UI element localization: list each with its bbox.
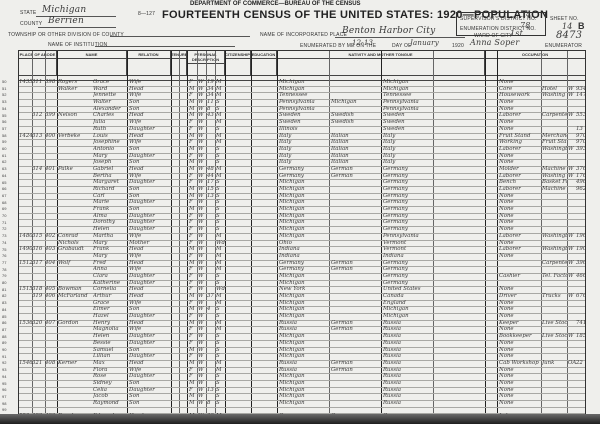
cell-sex: F bbox=[189, 333, 197, 339]
cell-sex: F bbox=[189, 286, 197, 292]
cell-occupation: Laborer bbox=[499, 186, 541, 192]
cell-relation: Son bbox=[129, 393, 171, 399]
cell-marital: S bbox=[216, 340, 225, 346]
month-value: January bbox=[410, 39, 439, 47]
cell-race: W bbox=[198, 86, 206, 92]
cell-marital: S bbox=[216, 280, 225, 286]
cell-race: W bbox=[198, 240, 206, 246]
cell-birthplace: Germany bbox=[279, 173, 329, 179]
cell-code: 396 bbox=[576, 260, 585, 266]
cell-given: Helen bbox=[93, 333, 127, 339]
cell-father-bp: Swedish bbox=[331, 119, 379, 125]
cell-race: W bbox=[198, 246, 206, 252]
cell-sex: F bbox=[189, 179, 197, 185]
cell-mother-bp: Germany bbox=[383, 273, 433, 279]
cell-marital: S bbox=[216, 193, 225, 199]
line-number: 86 bbox=[2, 320, 6, 325]
cell-birthplace: Michigan bbox=[279, 340, 329, 346]
cell-relation: Wife bbox=[129, 326, 171, 332]
cell-age: 4 bbox=[207, 306, 215, 312]
cell-race: W bbox=[198, 119, 206, 125]
cell-marital: S bbox=[216, 393, 225, 399]
cell-sex: M bbox=[189, 360, 197, 366]
cell-sex: F bbox=[189, 273, 197, 279]
line-number: 92 bbox=[2, 360, 6, 365]
cell-given: Frank bbox=[93, 246, 127, 252]
cell-given: Margaret bbox=[93, 179, 127, 185]
cell-race: W bbox=[198, 340, 206, 346]
cell-mother-bp: Sweden bbox=[383, 119, 433, 125]
cell-sex: M bbox=[189, 99, 197, 105]
cell-race: W bbox=[198, 393, 206, 399]
cell-birthplace: Russia bbox=[279, 326, 329, 332]
cell-occupation: Laborer bbox=[499, 173, 541, 179]
cell-marital: M bbox=[216, 92, 225, 98]
cell-surname: Verbeke bbox=[58, 133, 92, 139]
cell-mother-bp: Italy bbox=[383, 146, 433, 152]
cell-age: 44 bbox=[207, 173, 215, 179]
cell-birthplace: Pennsylvania bbox=[279, 99, 329, 105]
cell-relation: Son bbox=[129, 106, 171, 112]
cell-occupation: None bbox=[499, 206, 541, 212]
line-number: 54 bbox=[2, 106, 6, 111]
cell-race: W bbox=[198, 373, 206, 379]
cell-industry: Washing bbox=[542, 173, 567, 179]
cell-mother-bp: Italy bbox=[383, 139, 433, 145]
cell-birthplace: Michigan bbox=[279, 193, 329, 199]
cell-given: Charles bbox=[93, 112, 127, 118]
cell-race: W bbox=[198, 387, 206, 393]
cell-sex: M bbox=[189, 293, 197, 299]
cell-birthplace: Michigan bbox=[279, 353, 329, 359]
cell-father-bp: German bbox=[331, 360, 379, 366]
cell-marital: S bbox=[216, 199, 225, 205]
cell-relation: Head bbox=[129, 166, 171, 172]
cell-mother-bp: United States bbox=[383, 286, 433, 292]
cell-sex: M bbox=[189, 393, 197, 399]
cell-birthplace: Michigan bbox=[279, 400, 329, 406]
cell-given: Joseph bbox=[93, 159, 127, 165]
cell-mother-bp: Germany bbox=[383, 179, 433, 185]
cell-occupation: None bbox=[499, 99, 541, 105]
cell-relation: Daughter bbox=[129, 353, 171, 359]
cell-birthplace: Russia bbox=[279, 320, 329, 326]
cell-given: Dorothy bbox=[93, 219, 127, 225]
cell-marital: S bbox=[216, 106, 225, 112]
cell-occupation: Fruit Stand bbox=[499, 133, 541, 139]
cell-birthplace: Michigan bbox=[279, 213, 329, 219]
cell-code: 553 bbox=[576, 112, 585, 118]
cell-sex: F bbox=[189, 219, 197, 225]
cell-father-bp: German bbox=[331, 326, 379, 332]
cell-relation: Wife bbox=[129, 139, 171, 145]
cell-mother-bp: Michigan bbox=[383, 306, 433, 312]
cell-mother-bp: Pennsylvania bbox=[383, 106, 433, 112]
cell-code: 13 bbox=[576, 126, 585, 132]
cell-relation: Daughter bbox=[129, 213, 171, 219]
cell-code: 393 bbox=[576, 146, 585, 152]
cell-given: Raymond bbox=[93, 400, 127, 406]
cell-marital: M bbox=[216, 266, 225, 272]
cell-marital: M bbox=[216, 246, 225, 252]
line-number: 61 bbox=[2, 153, 6, 158]
cell-mother-bp: Italy bbox=[383, 153, 433, 159]
cell-marital: S bbox=[216, 387, 225, 393]
cell-mother-bp: Germany bbox=[383, 186, 433, 192]
cell-given: Sidney bbox=[93, 380, 127, 386]
cell-given: Hazel bbox=[93, 313, 127, 319]
cell-birthplace: Michigan bbox=[279, 273, 329, 279]
line-number: 83 bbox=[2, 300, 6, 305]
cell-surname: McFarland bbox=[58, 293, 92, 299]
cell-class: W bbox=[568, 166, 576, 172]
cell-race: W bbox=[198, 213, 206, 219]
line-number: 81 bbox=[2, 287, 6, 292]
cell-surname: Gordon bbox=[58, 320, 92, 326]
cell-race: W bbox=[198, 139, 206, 145]
cell-relation: Daughter bbox=[129, 226, 171, 232]
cell-family: 399 bbox=[45, 112, 57, 118]
line-number: 85 bbox=[2, 314, 6, 319]
cell-race: W bbox=[198, 300, 206, 306]
cell-relation: Wife bbox=[129, 233, 171, 239]
cell-marital: S bbox=[216, 353, 225, 359]
cell-birthplace: Tennessee bbox=[279, 92, 329, 98]
cell-given: Alexander bbox=[93, 106, 127, 112]
stamp-number: 8473 bbox=[556, 30, 582, 41]
cell-relation: Head bbox=[129, 320, 171, 326]
table-row: RaymondSonMW8SMichiganRussiaNone bbox=[19, 401, 585, 408]
cell-relation: Son bbox=[129, 306, 171, 312]
cell-age: 8 bbox=[207, 400, 215, 406]
cell-marital: M bbox=[216, 293, 225, 299]
cell-house: 1490 bbox=[19, 246, 32, 252]
cell-occupation: None bbox=[499, 313, 541, 319]
cell-relation: Wife bbox=[129, 266, 171, 272]
cell-marital: S bbox=[216, 306, 225, 312]
cell-sex: M bbox=[189, 112, 197, 118]
cell-sex: F bbox=[189, 79, 197, 85]
cell-birthplace: Italy bbox=[279, 139, 329, 145]
cell-surname: Kerner bbox=[58, 360, 92, 366]
cell-birthplace: Sweden bbox=[279, 112, 329, 118]
cell-given: Magnolia bbox=[93, 326, 127, 332]
cell-marital: M bbox=[216, 139, 225, 145]
cell-code: 176 bbox=[576, 173, 585, 179]
cell-occupation: Laborer bbox=[499, 112, 541, 118]
cell-race: W bbox=[198, 280, 206, 286]
cell-birthplace: Michigan bbox=[279, 313, 329, 319]
cell-code: 970 bbox=[576, 133, 585, 139]
institution-underline bbox=[95, 46, 235, 47]
cell-birthplace: Michigan bbox=[279, 373, 329, 379]
cell-marital: S bbox=[216, 313, 225, 319]
line-number: 62 bbox=[2, 159, 6, 164]
cell-age: 13 bbox=[207, 387, 215, 393]
cell-code: 962 bbox=[576, 186, 585, 192]
cell-occupation: None bbox=[499, 226, 541, 232]
cell-occupation: Keeper bbox=[499, 320, 541, 326]
cell-marital: S bbox=[216, 226, 225, 232]
cell-house: 1424 bbox=[19, 133, 32, 139]
cell-class: OA bbox=[568, 360, 576, 366]
census-sheet: STATE Michigan COUNTY Berrien 8—127 DEPA… bbox=[0, 0, 600, 418]
cell-industry: Washing bbox=[542, 92, 567, 98]
cell-sex: F bbox=[189, 313, 197, 319]
cell-relation: Wife bbox=[129, 367, 171, 373]
cell-father-bp: German bbox=[331, 266, 379, 272]
cell-marital: M bbox=[216, 367, 225, 373]
cell-code: 147 bbox=[576, 92, 585, 98]
cell-age: 8 bbox=[207, 106, 215, 112]
line-number: 79 bbox=[2, 273, 6, 278]
cell-birthplace: Italy bbox=[279, 153, 329, 159]
cell-class: W bbox=[568, 86, 576, 92]
line-number: 95 bbox=[2, 381, 6, 386]
cell-birthplace: Michigan bbox=[279, 293, 329, 299]
cell-code: 185 bbox=[576, 333, 585, 339]
cell-relation: Wife bbox=[129, 173, 171, 179]
cell-given: Louis bbox=[93, 133, 127, 139]
cell-surname: Palke bbox=[58, 166, 92, 172]
cell-race: W bbox=[198, 367, 206, 373]
cell-marital: S bbox=[216, 333, 225, 339]
cell-industry: Washington bbox=[542, 146, 567, 152]
cell-given: Mary bbox=[93, 153, 127, 159]
cell-surname: Walker bbox=[58, 86, 92, 92]
cell-mother-bp: Italy bbox=[383, 159, 433, 165]
state-value: Michigan bbox=[42, 5, 86, 15]
state-label: STATE bbox=[20, 10, 36, 16]
line-number: 56 bbox=[2, 119, 6, 124]
cell-sex: M bbox=[189, 106, 197, 112]
cell-dwelling: 315 bbox=[32, 233, 45, 239]
cell-given: Richard bbox=[93, 186, 127, 192]
cell-mother-bp: Sweden bbox=[383, 112, 433, 118]
cell-mother-bp: Russia bbox=[383, 333, 433, 339]
line-number: 93 bbox=[2, 367, 6, 372]
cell-given: Jacob bbox=[93, 393, 127, 399]
cell-industry: Carpenter bbox=[542, 260, 567, 266]
cell-relation: Wife bbox=[129, 92, 171, 98]
cell-relation: Daughter bbox=[129, 387, 171, 393]
cell-sex: M bbox=[189, 320, 197, 326]
cell-sex: M bbox=[189, 400, 197, 406]
cell-house: 1515 bbox=[19, 286, 32, 292]
cell-industry: Live Stock bbox=[542, 320, 567, 326]
cell-race: W bbox=[198, 400, 206, 406]
cell-mother-bp: Pennsylvania bbox=[383, 233, 433, 239]
cell-father-bp: Michigan bbox=[331, 99, 379, 105]
cell-race: W bbox=[198, 360, 206, 366]
cell-mother-bp: Michigan bbox=[383, 86, 433, 92]
cell-given: Antonio bbox=[93, 146, 127, 152]
cell-industry: Tel. Factory bbox=[542, 273, 567, 279]
cell-sex: F bbox=[189, 139, 197, 145]
line-number: 67 bbox=[2, 193, 6, 198]
cell-code: 22 bbox=[576, 360, 585, 366]
cell-relation: Son bbox=[129, 380, 171, 386]
census-table: PLACE OF ABODE NAME RELATION TENURE PERS… bbox=[18, 50, 586, 416]
cell-occupation: None bbox=[499, 393, 541, 399]
cell-age: 34 bbox=[207, 86, 215, 92]
cell-marital: S bbox=[216, 126, 225, 132]
cell-occupation: Core bbox=[499, 86, 541, 92]
line-number: 55 bbox=[2, 113, 6, 118]
cell-age: 19 bbox=[207, 79, 215, 85]
line-number: 91 bbox=[2, 354, 6, 359]
cell-given: Rose bbox=[93, 373, 127, 379]
cell-father-bp: German bbox=[331, 260, 379, 266]
col-header-education: EDUCATION bbox=[251, 51, 277, 75]
enumerator-label: ENUMERATOR bbox=[545, 43, 582, 49]
incorporated-underline bbox=[335, 37, 465, 38]
cell-father-bp: German bbox=[331, 166, 379, 172]
cell-sex: F bbox=[189, 253, 197, 259]
cell-family: 404 bbox=[45, 260, 57, 266]
cell-dwelling: 314 bbox=[32, 166, 45, 172]
cell-given: Frank bbox=[93, 206, 127, 212]
cell-age: 34 bbox=[207, 92, 215, 98]
cell-father-bp: Italian bbox=[331, 139, 379, 145]
cell-race: W bbox=[198, 260, 206, 266]
cell-given: Martha bbox=[93, 233, 127, 239]
cell-race: W bbox=[198, 333, 206, 339]
cell-mother-bp: Russia bbox=[383, 347, 433, 353]
cell-occupation: Housework bbox=[499, 92, 541, 98]
cell-race: W bbox=[198, 179, 206, 185]
line-number: 78 bbox=[2, 267, 6, 272]
cell-birthplace: Michigan bbox=[279, 233, 329, 239]
cell-birthplace: Indiana bbox=[279, 253, 329, 259]
cell-dwelling: 321 bbox=[32, 360, 45, 366]
cell-relation: Head bbox=[129, 286, 171, 292]
cell-occupation: None bbox=[499, 219, 541, 225]
cell-industry: Basket Factory bbox=[542, 179, 567, 185]
cell-family: 400 bbox=[45, 133, 57, 139]
cell-relation: Wife bbox=[129, 253, 171, 259]
cell-birthplace: Michigan bbox=[279, 79, 329, 85]
cell-marital: S bbox=[216, 373, 225, 379]
cell-given: Helen bbox=[93, 226, 127, 232]
cell-dwelling: 313 bbox=[32, 133, 45, 139]
cell-birthplace: Michigan bbox=[279, 186, 329, 192]
cell-birthplace: New York bbox=[279, 286, 329, 292]
cell-occupation: None bbox=[499, 373, 541, 379]
cell-birthplace: Michigan bbox=[279, 86, 329, 92]
cell-code: 190 bbox=[576, 246, 585, 252]
cell-birthplace: Michigan bbox=[279, 280, 329, 286]
cell-given: Grace bbox=[93, 79, 127, 85]
cell-given: Fred bbox=[93, 260, 127, 266]
cell-race: W bbox=[198, 380, 206, 386]
cell-industry: Merchandise bbox=[542, 133, 567, 139]
cell-class: W bbox=[568, 273, 576, 279]
line-number: 52 bbox=[2, 92, 6, 97]
cell-occupation: None bbox=[499, 193, 541, 199]
cell-race: W bbox=[198, 353, 206, 359]
cell-birthplace: Pennsylvania bbox=[279, 106, 329, 112]
cell-age: 11 bbox=[207, 99, 215, 105]
cell-class: W bbox=[568, 246, 576, 252]
cell-occupation: None bbox=[499, 106, 541, 112]
cell-occupation: Laborer bbox=[499, 246, 541, 252]
cell-given: Alma bbox=[93, 213, 127, 219]
cell-marital: M bbox=[216, 166, 225, 172]
line-number: 59 bbox=[2, 139, 6, 144]
county-underline bbox=[38, 27, 116, 28]
cell-given: Katherine bbox=[93, 280, 127, 286]
cell-given: Walter bbox=[93, 99, 127, 105]
cell-given: Grace bbox=[93, 300, 127, 306]
cell-relation: Daughter bbox=[129, 179, 171, 185]
cell-mother-bp: Russia bbox=[383, 380, 433, 386]
cell-occupation: None bbox=[499, 199, 541, 205]
cell-birthplace: Michigan bbox=[279, 380, 329, 386]
cell-relation: Son bbox=[129, 99, 171, 105]
cell-race: W bbox=[198, 166, 206, 172]
cell-surname: Grabaudt bbox=[58, 246, 92, 252]
cell-occupation: Driver bbox=[499, 293, 541, 299]
cell-mother-bp: Michigan bbox=[383, 313, 433, 319]
cell-occupation: Working bbox=[499, 139, 541, 145]
cell-father-bp: Italian bbox=[331, 153, 379, 159]
cell-race: W bbox=[198, 92, 206, 98]
cell-birthplace: Michigan bbox=[279, 179, 329, 185]
line-number: 70 bbox=[2, 213, 6, 218]
cell-relation: Son bbox=[129, 159, 171, 165]
cell-birthplace: Michigan bbox=[279, 206, 329, 212]
cell-birthplace: Russia bbox=[279, 367, 329, 373]
form-code: 8—127 bbox=[138, 11, 155, 17]
cell-race: W bbox=[198, 326, 206, 332]
cell-sex: F bbox=[189, 280, 197, 286]
cell-relation: Mother bbox=[129, 240, 171, 246]
cell-race: W bbox=[198, 99, 206, 105]
cell-race: W bbox=[198, 193, 206, 199]
line-number: 75 bbox=[2, 247, 6, 252]
cell-sex: F bbox=[189, 373, 197, 379]
cell-dwelling: 319 bbox=[32, 293, 45, 299]
cell-given: Marie bbox=[93, 199, 127, 205]
cell-mother-bp: Pennsylvania bbox=[383, 99, 433, 105]
cell-given: Flora bbox=[93, 367, 127, 373]
cell-birthplace: Germany bbox=[279, 266, 329, 272]
cell-family: 407 bbox=[45, 320, 57, 326]
cell-birthplace: Michigan bbox=[279, 387, 329, 393]
cell-family: 408 bbox=[45, 360, 57, 366]
cell-class: W bbox=[568, 333, 576, 339]
cell-race: W bbox=[198, 112, 206, 118]
ward-label: WARD OF CITY bbox=[474, 33, 513, 39]
cell-mother-bp: Russia bbox=[383, 360, 433, 366]
cell-given: Julia bbox=[93, 119, 127, 125]
cell-race: W bbox=[198, 133, 206, 139]
cell-family: 403 bbox=[45, 246, 57, 252]
cell-surname: Rogers bbox=[58, 79, 92, 85]
cell-race: W bbox=[198, 173, 206, 179]
cell-dwelling: 318 bbox=[32, 286, 45, 292]
cell-dwelling: 320 bbox=[32, 320, 45, 326]
cell-occupation: None bbox=[499, 380, 541, 386]
cell-mother-bp: Indiana bbox=[383, 253, 433, 259]
cell-birthplace: Italy bbox=[279, 159, 329, 165]
line-number: 66 bbox=[2, 186, 6, 191]
cell-marital: S bbox=[216, 186, 225, 192]
cell-race: W bbox=[198, 79, 206, 85]
cell-mother-bp: Germany bbox=[383, 260, 433, 266]
cell-given: Lillian bbox=[93, 353, 127, 359]
